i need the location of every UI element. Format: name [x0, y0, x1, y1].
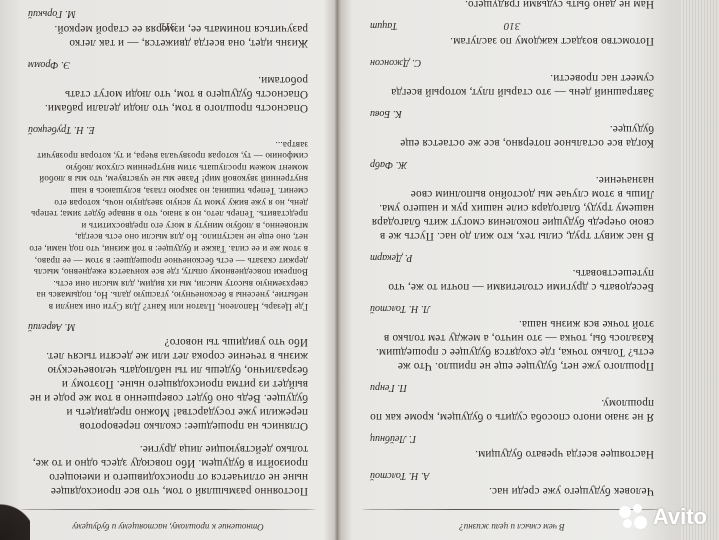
- quote-item: Человек будущего уже среди нас.А. Н. Тол…: [370, 470, 654, 498]
- quote-author: М. Горький: [28, 8, 308, 19]
- avito-watermark: Avito: [619, 504, 707, 530]
- quote-item: Я не знаю иного способа судить о будущем…: [370, 382, 654, 424]
- quote-item: Прошлого уже нет, будущее еще не пришло.…: [370, 303, 654, 373]
- quote-text: Когда все остальное потеряно, все же ост…: [370, 122, 654, 150]
- quote-text: Опасность прошлого в том, что люди делал…: [28, 73, 308, 115]
- quote-item: Оглянись на прошедшее: сколько переворот…: [28, 321, 308, 433]
- quote-author: Е. Н. Трубецкой: [28, 124, 308, 135]
- quote-item: Настоящее всегда чревато будущим.Г. Лейб…: [370, 433, 654, 461]
- quote-item: В нас живут труд, силы тех, кто жил до н…: [370, 159, 654, 243]
- quote-author: Ж. Фабр: [370, 159, 654, 170]
- quote-list: Постоянно размышляй о том, что все проис…: [28, 0, 308, 498]
- quote-item: Когда все остальное потеряно, все же ост…: [370, 108, 654, 150]
- book-page-311: Отношение к прошлому, настоящему и будущ…: [0, 0, 336, 540]
- quote-text: Нам не дано быть судьями грядущего.: [370, 0, 654, 11]
- quote-author: Г. Лейбниц: [370, 433, 654, 444]
- quote-author: Э. Фромм: [28, 59, 308, 70]
- quote-item: Постоянно размышляй о том, что все проис…: [28, 442, 308, 498]
- quote-text: В нас живут труд, силы тех, кто жил до н…: [370, 173, 654, 243]
- quote-text: Прошлого уже нет, будущее еще не пришло.…: [370, 317, 654, 373]
- quote-text: Человек будущего уже среди нас.: [370, 484, 654, 498]
- quote-item: Опасность прошлого в том, что люди делал…: [28, 59, 308, 115]
- book-page-310: В чем смысл и цели жизни? Человек будуще…: [342, 0, 682, 540]
- quote-text: Завтрашний день — это старый плут, котор…: [370, 71, 654, 99]
- quote-author: Л. Н. Толстой: [370, 303, 654, 314]
- quote-list: Человек будущего уже среди нас.А. Н. Тол…: [370, 0, 654, 498]
- avito-wordmark: Avito: [653, 504, 707, 530]
- page-number: 310: [342, 20, 682, 32]
- avito-logo-icon: [619, 504, 649, 530]
- running-header: Отношение к прошлому, настоящему и будущ…: [0, 522, 336, 532]
- book-photo: Отношение к прошлому, настоящему и будущ…: [0, 0, 719, 540]
- quote-text: Беседовать с другими столетиями — почти …: [370, 266, 654, 294]
- quote-author: Р. Декарт: [370, 252, 654, 263]
- header-rule: [362, 509, 662, 510]
- quote-item: Беседовать с другими столетиями — почти …: [370, 252, 654, 294]
- quote-author: С. Джонсон: [370, 57, 654, 68]
- page-edges: [681, 0, 719, 540]
- quote-item: Нам не дано быть судьями грядущего.А. Фр…: [370, 0, 654, 11]
- quote-text: Оглянись на прошедшее: сколько переворот…: [28, 335, 308, 433]
- page-number: 311: [0, 20, 336, 32]
- quote-item: Завтрашний день — это старый плут, котор…: [370, 57, 654, 99]
- quote-author: А. Н. Толстой: [370, 470, 654, 481]
- quote-author: М. Аврелий: [28, 321, 308, 332]
- quote-item: Где Цезарь, Наполеон, Платон или Кант? Д…: [28, 124, 308, 312]
- quote-author: П. Генри: [370, 382, 654, 393]
- quote-text: Настоящее всегда чревато будущим.: [370, 447, 654, 461]
- header-rule: [20, 509, 316, 510]
- quote-text: Я не знаю иного способа судить о будущем…: [370, 396, 654, 424]
- quote-author: К. Бови: [370, 108, 654, 119]
- quote-text: Постоянно размышляй о том, что все проис…: [28, 442, 308, 498]
- quote-text: Где Цезарь, Наполеон, Платон или Кант? Д…: [28, 138, 308, 312]
- quote-text: Потомство воздаст каждому по заслугам.: [370, 34, 654, 48]
